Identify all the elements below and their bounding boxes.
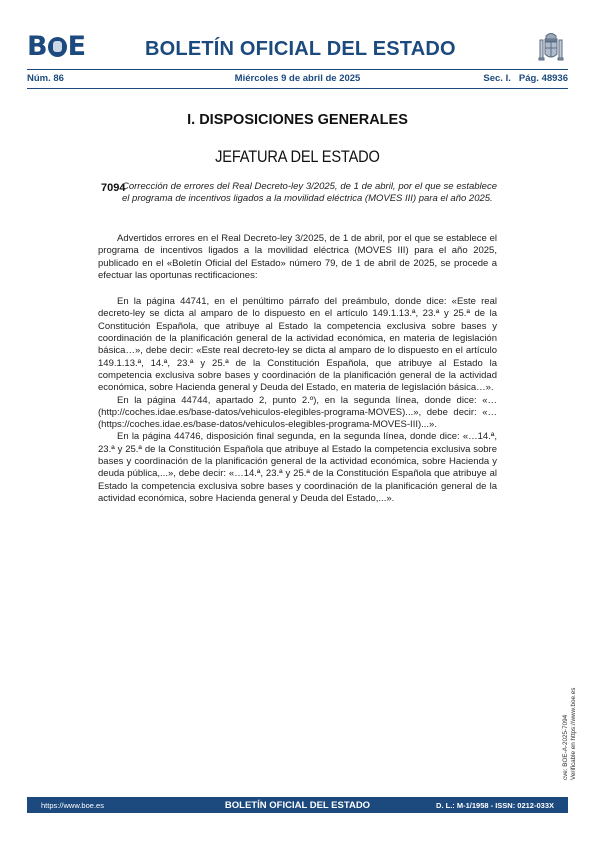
paragraph-correction-1: En la página 44741, en el penúltimo párr… bbox=[98, 296, 497, 394]
verification-link[interactable]: Verificable en https://www.boe.es bbox=[570, 660, 578, 780]
footer-bar: https://www.boe.es BOLETÍN OFICIAL DEL E… bbox=[27, 797, 568, 813]
entry-title: Corrección de errores del Real Decreto-l… bbox=[122, 181, 497, 206]
section-title: I. DISPOSICIONES GENERALES bbox=[0, 112, 595, 128]
masthead: B E BOLETÍN OFICIAL DEL ESTADO bbox=[27, 28, 568, 66]
verification-stamp: cve: BOE-A-2025-7094 Verificable en http… bbox=[562, 660, 578, 780]
logo-seal-icon bbox=[48, 37, 67, 57]
organism-title: JEFATURA DEL ESTADO bbox=[42, 147, 554, 167]
footer-legal-deposit: D. L.: M-1/1958 - ISSN: 0212-033X bbox=[436, 801, 554, 810]
paragraph-correction-2: En la página 44744, apartado 2, punto 2.… bbox=[98, 395, 497, 432]
logo-letter-e: E bbox=[68, 36, 85, 58]
section-page: Sec. I.Pág. 48936 bbox=[483, 73, 568, 84]
masthead-title: BOLETÍN OFICIAL DEL ESTADO bbox=[145, 38, 456, 61]
boe-logo[interactable]: B E bbox=[27, 36, 87, 58]
header-divider-top bbox=[27, 69, 568, 70]
paragraph-correction-3: En la página 44746, disposición final se… bbox=[98, 431, 497, 505]
header-divider-bottom bbox=[27, 88, 568, 89]
section-label: Sec. I. bbox=[483, 73, 510, 84]
cve-code: cve: BOE-A-2025-7094 bbox=[562, 660, 570, 780]
info-bar: Núm. 86 Miércoles 9 de abril de 2025 Sec… bbox=[27, 73, 568, 85]
logo-letter-b: B bbox=[27, 36, 47, 58]
coat-of-arms-icon bbox=[538, 30, 564, 64]
paragraph-intro: Advertidos errores en el Real Decreto-le… bbox=[98, 233, 497, 282]
page-number: Pág. 48936 bbox=[519, 73, 568, 84]
document-body: Advertidos errores en el Real Decreto-le… bbox=[98, 233, 497, 505]
